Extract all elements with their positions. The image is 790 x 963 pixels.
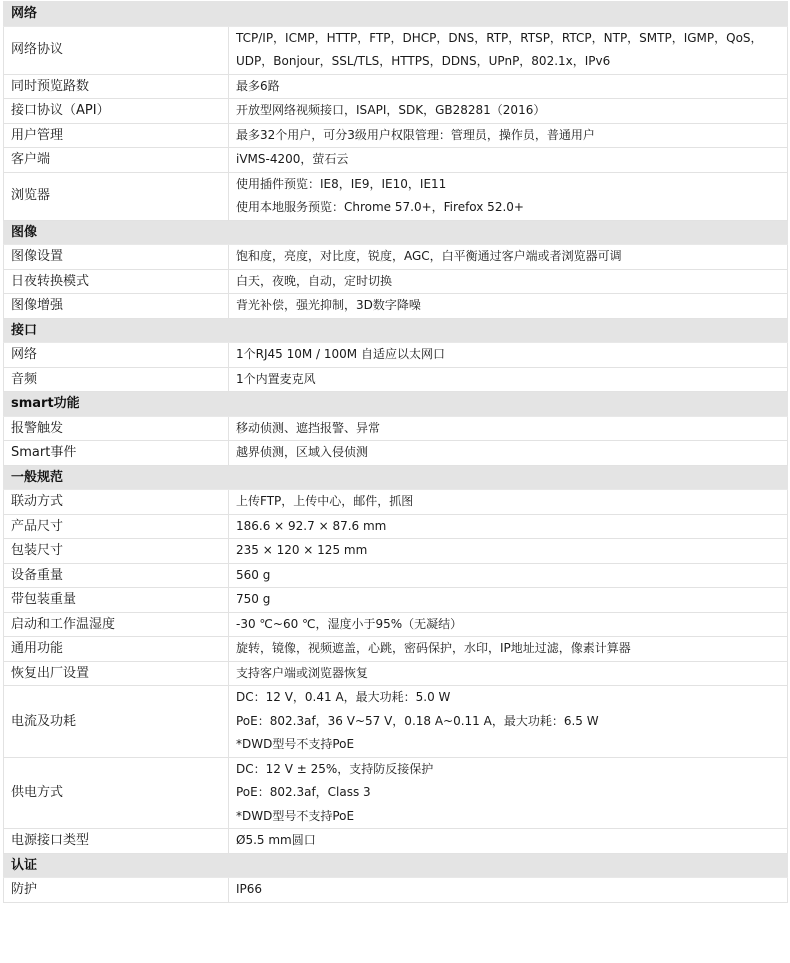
spec-label: 启动和工作温湿度	[4, 612, 229, 637]
spec-row-general-functions: 通用功能 旋转，镜像，视频遮盖，心跳，密码保护，水印，IP地址过滤，像素计算器	[4, 637, 788, 662]
spec-value-line: DC：12 V，0.41 A，最大功耗：5.0 W	[236, 686, 780, 710]
section-header-certification: 认证	[4, 853, 788, 878]
spec-label: 网络协议	[4, 26, 229, 74]
section-title: 网络	[4, 2, 788, 27]
spec-label: 电流及功耗	[4, 686, 229, 758]
spec-row-factory-reset: 恢复出厂设置 支持客户端或浏览器恢复	[4, 661, 788, 686]
spec-label: 图像增强	[4, 294, 229, 319]
spec-value-line: PoE：802.3af，36 V~57 V，0.18 A~0.11 A，最大功耗…	[236, 710, 780, 734]
spec-row-user-management: 用户管理 最多32个用户，可分3级用户权限管理：管理员，操作员，普通用户	[4, 123, 788, 148]
spec-value: 1个RJ45 10M / 100M 自适应以太网口	[229, 343, 788, 368]
spec-label: 同时预览路数	[4, 74, 229, 99]
spec-row-browser: 浏览器 使用插件预览：IE8，IE9，IE10，IE11 使用本地服务预览：Ch…	[4, 172, 788, 220]
spec-label: 用户管理	[4, 123, 229, 148]
spec-value: 移动侦测、遮挡报警、异常	[229, 416, 788, 441]
spec-row-image-enhancement: 图像增强 背光补偿，强光抑制，3D数字降噪	[4, 294, 788, 319]
spec-value: 旋转，镜像，视频遮盖，心跳，密码保护，水印，IP地址过滤，像素计算器	[229, 637, 788, 662]
section-header-interface: 接口	[4, 318, 788, 343]
spec-value: 开放型网络视频接口，ISAPI，SDK，GB28281（2016）	[229, 99, 788, 124]
spec-value: DC：12 V，0.41 A，最大功耗：5.0 W PoE：802.3af，36…	[229, 686, 788, 758]
spec-value: 使用插件预览：IE8，IE9，IE10，IE11 使用本地服务预览：Chrome…	[229, 172, 788, 220]
spec-table: 网络 网络协议 TCP/IP，ICMP，HTTP，FTP，DHCP，DNS，RT…	[3, 1, 788, 903]
spec-label: 设备重量	[4, 563, 229, 588]
spec-row-network-protocol: 网络协议 TCP/IP，ICMP，HTTP，FTP，DHCP，DNS，RTP，R…	[4, 26, 788, 74]
section-title: 图像	[4, 220, 788, 245]
spec-row-smart-event: Smart事件 越界侦测，区域入侵侦测	[4, 441, 788, 466]
spec-label: 包装尺寸	[4, 539, 229, 564]
spec-value: 最多32个用户，可分3级用户权限管理：管理员，操作员，普通用户	[229, 123, 788, 148]
spec-row-api: 接口协议（API） 开放型网络视频接口，ISAPI，SDK，GB28281（20…	[4, 99, 788, 124]
spec-row-image-settings: 图像设置 饱和度，亮度，对比度，锐度，AGC，白平衡通过客户端或者浏览器可调	[4, 245, 788, 270]
spec-value: 支持客户端或浏览器恢复	[229, 661, 788, 686]
spec-row-device-weight: 设备重量 560 g	[4, 563, 788, 588]
spec-value-line: TCP/IP，ICMP，HTTP，FTP，DHCP，DNS，RTP，RTSP，R…	[236, 27, 780, 51]
spec-row-product-size: 产品尺寸 186.6 × 92.7 × 87.6 mm	[4, 514, 788, 539]
spec-value-line: DC：12 V ± 25%，支持防反接保护	[236, 758, 780, 782]
spec-value: Ø5.5 mm圆口	[229, 829, 788, 854]
spec-row-power-interface: 电源接口类型 Ø5.5 mm圆口	[4, 829, 788, 854]
spec-value: IP66	[229, 878, 788, 903]
spec-row-power-supply: 供电方式 DC：12 V ± 25%，支持防反接保护 PoE：802.3af，C…	[4, 757, 788, 829]
spec-row-network-port: 网络 1个RJ45 10M / 100M 自适应以太网口	[4, 343, 788, 368]
spec-label: Smart事件	[4, 441, 229, 466]
spec-value: 越界侦测，区域入侵侦测	[229, 441, 788, 466]
spec-value: 560 g	[229, 563, 788, 588]
spec-value-line: 使用插件预览：IE8，IE9，IE10，IE11	[236, 173, 780, 197]
spec-value: 186.6 × 92.7 × 87.6 mm	[229, 514, 788, 539]
spec-row-package-size: 包装尺寸 235 × 120 × 125 mm	[4, 539, 788, 564]
spec-value: -30 ℃~60 ℃，湿度小于95%（无凝结）	[229, 612, 788, 637]
spec-label: 报警触发	[4, 416, 229, 441]
spec-label: 通用功能	[4, 637, 229, 662]
spec-label: 网络	[4, 343, 229, 368]
spec-label: 恢复出厂设置	[4, 661, 229, 686]
spec-row-day-night: 日夜转换模式 白天，夜晚，自动，定时切换	[4, 269, 788, 294]
spec-row-preview-channels: 同时预览路数 最多6路	[4, 74, 788, 99]
spec-table-body: 网络 网络协议 TCP/IP，ICMP，HTTP，FTP，DHCP，DNS，RT…	[4, 2, 788, 903]
spec-label: 接口协议（API）	[4, 99, 229, 124]
spec-row-alarm-trigger: 报警触发 移动侦测、遮挡报警、异常	[4, 416, 788, 441]
section-title: 一般规范	[4, 465, 788, 490]
spec-label: 供电方式	[4, 757, 229, 829]
spec-label: 图像设置	[4, 245, 229, 270]
spec-row-protection: 防护 IP66	[4, 878, 788, 903]
section-title: 接口	[4, 318, 788, 343]
spec-row-package-weight: 带包装重量 750 g	[4, 588, 788, 613]
spec-value: DC：12 V ± 25%，支持防反接保护 PoE：802.3af，Class …	[229, 757, 788, 829]
spec-row-client: 客户端 iVMS-4200，萤石云	[4, 148, 788, 173]
spec-row-audio: 音频 1个内置麦克风	[4, 367, 788, 392]
spec-row-linkage: 联动方式 上传FTP，上传中心，邮件，抓图	[4, 490, 788, 515]
spec-row-power-consumption: 电流及功耗 DC：12 V，0.41 A，最大功耗：5.0 W PoE：802.…	[4, 686, 788, 758]
section-header-general: 一般规范	[4, 465, 788, 490]
spec-value: 235 × 120 × 125 mm	[229, 539, 788, 564]
spec-value: 饱和度，亮度，对比度，锐度，AGC，白平衡通过客户端或者浏览器可调	[229, 245, 788, 270]
spec-value: iVMS-4200，萤石云	[229, 148, 788, 173]
spec-value: 最多6路	[229, 74, 788, 99]
spec-label: 带包装重量	[4, 588, 229, 613]
spec-value: 上传FTP，上传中心，邮件，抓图	[229, 490, 788, 515]
spec-label: 防护	[4, 878, 229, 903]
spec-value: TCP/IP，ICMP，HTTP，FTP，DHCP，DNS，RTP，RTSP，R…	[229, 26, 788, 74]
spec-label: 联动方式	[4, 490, 229, 515]
spec-value-line: UDP，Bonjour，SSL/TLS，HTTPS，DDNS，UPnP，802.…	[236, 50, 780, 74]
spec-value: 白天，夜晚，自动，定时切换	[229, 269, 788, 294]
spec-value: 750 g	[229, 588, 788, 613]
spec-value-line: PoE：802.3af，Class 3	[236, 781, 780, 805]
spec-label: 电源接口类型	[4, 829, 229, 854]
section-header-network: 网络	[4, 2, 788, 27]
spec-label: 浏览器	[4, 172, 229, 220]
spec-label: 音频	[4, 367, 229, 392]
spec-value-line: *DWD型号不支持PoE	[236, 805, 780, 829]
spec-label: 日夜转换模式	[4, 269, 229, 294]
spec-label: 产品尺寸	[4, 514, 229, 539]
section-title: smart功能	[4, 392, 788, 417]
section-title: 认证	[4, 853, 788, 878]
spec-value-line: *DWD型号不支持PoE	[236, 733, 780, 757]
section-header-smart: smart功能	[4, 392, 788, 417]
spec-row-temperature-humidity: 启动和工作温湿度 -30 ℃~60 ℃，湿度小于95%（无凝结）	[4, 612, 788, 637]
section-header-image: 图像	[4, 220, 788, 245]
spec-value-line: 使用本地服务预览：Chrome 57.0+，Firefox 52.0+	[236, 196, 780, 220]
spec-value: 背光补偿，强光抑制，3D数字降噪	[229, 294, 788, 319]
spec-label: 客户端	[4, 148, 229, 173]
spec-value: 1个内置麦克风	[229, 367, 788, 392]
